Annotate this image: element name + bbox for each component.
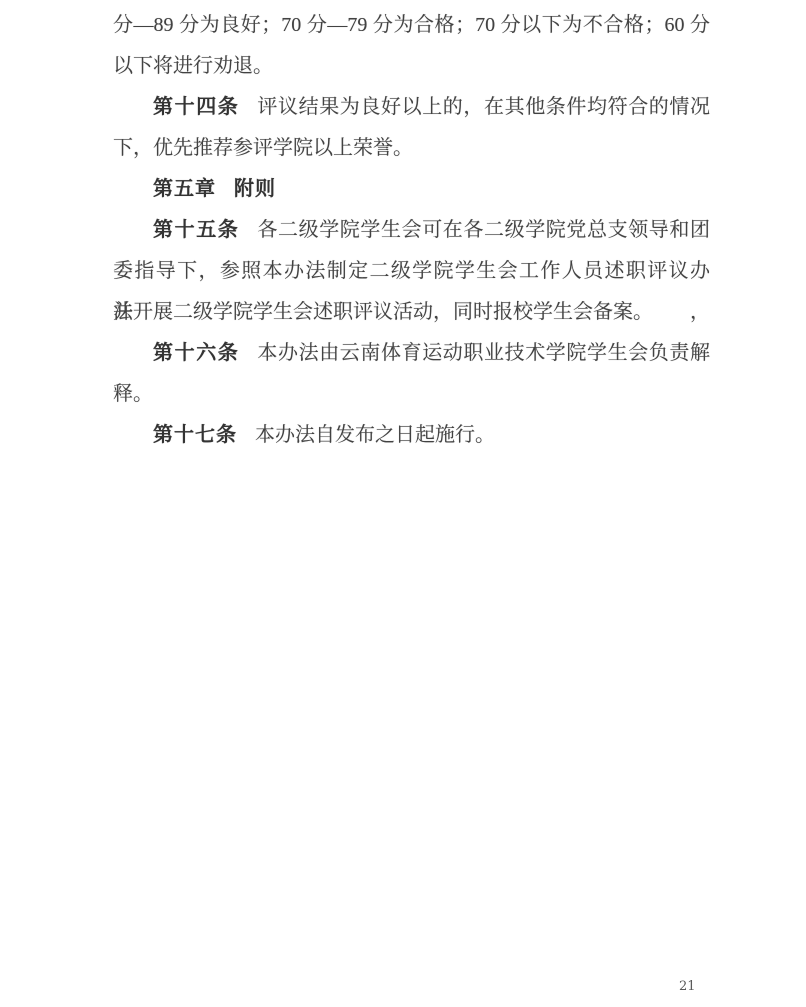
text-line: 第十五条各二级学院学生会可在各二级学院党总支领导和团	[113, 210, 710, 251]
document-page: 分—89 分为良好；70 分—79 分为合格；70 分以下为不合格；60 分以下…	[0, 0, 806, 1007]
text-line: 分—89 分为良好；70 分—79 分为合格；70 分以下为不合格；60 分	[113, 5, 710, 46]
document-text: 分—89 分为良好；70 分—79 分为合格；70 分以下为不合格；60 分以下…	[113, 5, 710, 456]
text-line: 第五章附则	[113, 169, 710, 210]
text-line: 第十六条本办法由云南体育运动职业技术学院学生会负责解	[113, 333, 710, 374]
article-label: 第十六条	[153, 342, 239, 364]
chapter-title: 附则	[234, 178, 276, 200]
article-text: 各二级学院学生会可在各二级学院党总支领导和团	[257, 219, 710, 241]
article-text: 评议结果为良好以上的，在其他条件均符合的情况	[257, 96, 710, 118]
text-line: 第十四条评议结果为良好以上的，在其他条件均符合的情况	[113, 87, 710, 128]
text-line: 下，优先推荐参评学院以上荣誉。	[113, 128, 710, 169]
article-label: 第十四条	[153, 96, 239, 118]
page-number: 21	[679, 978, 696, 996]
text-line: 释。	[113, 374, 710, 415]
text-line: 委指导下，参照本办法制定二级学院学生会工作人员述职评议办法，	[113, 251, 710, 292]
article-text: 本办法由云南体育运动职业技术学院学生会负责解	[257, 342, 710, 364]
text-line: 第十七条本办法自发布之日起施行。	[113, 415, 710, 456]
text-line: 并开展二级学院学生会述职评议活动，同时报校学生会备案。	[113, 292, 710, 333]
text-line: 以下将进行劝退。	[113, 46, 710, 87]
article-label: 第十五条	[153, 219, 239, 241]
article-label: 第十七条	[153, 424, 237, 446]
article-text: 本办法自发布之日起施行。	[255, 424, 495, 446]
chapter-label: 第五章	[153, 178, 216, 200]
